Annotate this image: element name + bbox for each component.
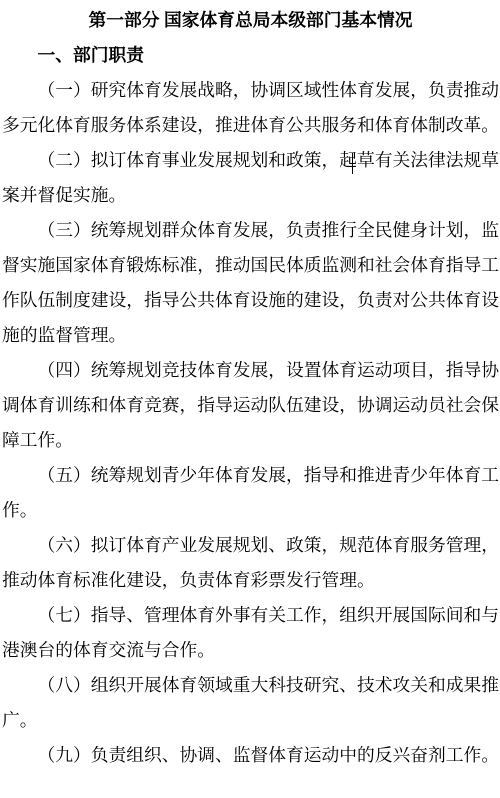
paragraph[interactable]: （三）统筹规划群众体育发展，负责推行全民健身计划，监督实施国家体育锻炼标准，推动… <box>2 213 499 353</box>
section-heading: 一、部门职责 <box>2 38 499 73</box>
paragraph-list: （一）研究体育发展战略，协调区域性体育发展，负责推动多元化体育服务体系建设，推进… <box>2 73 499 773</box>
paragraph[interactable]: （九）负责组织、协调、监督体育运动中的反兴奋剂工作。 <box>2 738 499 773</box>
document-page[interactable]: 第一部分 国家体育总局本级部门基本情况 一、部门职责 （一）研究体育发展战略，协… <box>0 0 500 798</box>
paragraph[interactable]: （八）组织开展体育领域重大科技研究、技术攻关和成果推广。 <box>2 668 499 738</box>
paragraph[interactable]: （二）拟订体育事业发展规划和政策，起草有关法律法规草案并督促实施。 <box>2 143 499 213</box>
document-title: 第一部分 国家体育总局本级部门基本情况 <box>2 3 499 38</box>
paragraph[interactable]: （六）拟订体育产业发展规划、政策，规范体育服务管理，推动体育标准化建设，负责体育… <box>2 528 499 598</box>
paragraph[interactable]: （四）统筹规划竞技体育发展，设置体育运动项目，指导协调体育训练和体育竞赛，指导运… <box>2 353 499 458</box>
text-caret <box>352 153 353 174</box>
paragraph[interactable]: （一）研究体育发展战略，协调区域性体育发展，负责推动多元化体育服务体系建设，推进… <box>2 73 499 143</box>
paragraph[interactable]: （七）指导、管理体育外事有关工作，组织开展国际间和与港澳台的体育交流与合作。 <box>2 598 499 668</box>
paragraph[interactable]: （五）统筹规划青少年体育发展，指导和推进青少年体育工作。 <box>2 458 499 528</box>
